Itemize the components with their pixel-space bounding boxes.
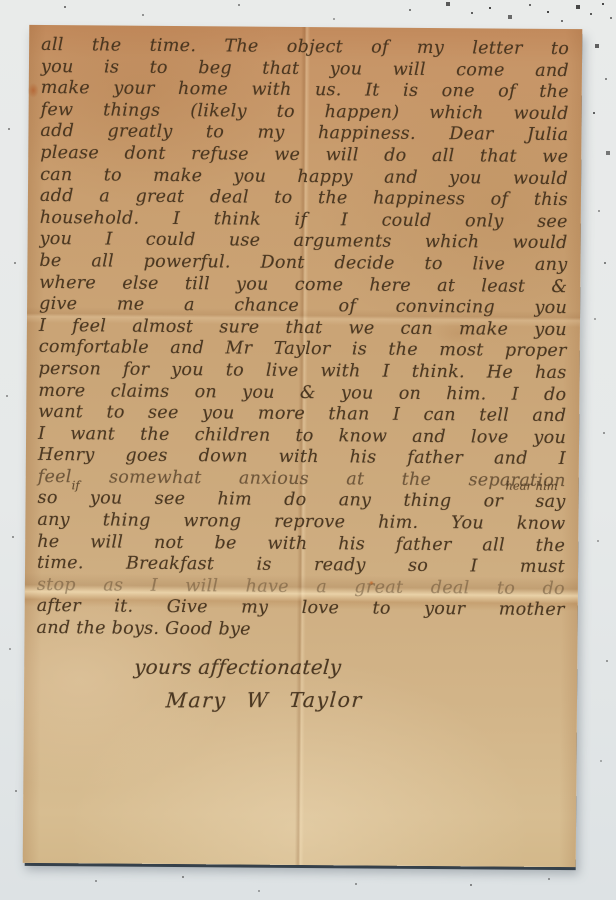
letter-body: all the time. The object of my letter to… [36, 35, 569, 714]
stain-spot [28, 83, 39, 98]
scanner-dust-speckles [0, 0, 2, 2]
interline-insertion: if [72, 481, 80, 492]
interline-insertion: hear him [505, 481, 557, 492]
letter-line: stop as I will have a great deal to do [37, 575, 565, 601]
letter-line: so you see him do any thing or say if he… [37, 488, 565, 514]
letter-line-text: so you see him do any thing or say [38, 488, 566, 512]
letter-line: and the boys. Good bye [36, 618, 564, 644]
letter-closing: yours affectionately [35, 654, 565, 678]
letter-signature: Mary W Taylor [35, 687, 565, 712]
letter-page: all the time. The object of my letter to… [23, 25, 583, 867]
